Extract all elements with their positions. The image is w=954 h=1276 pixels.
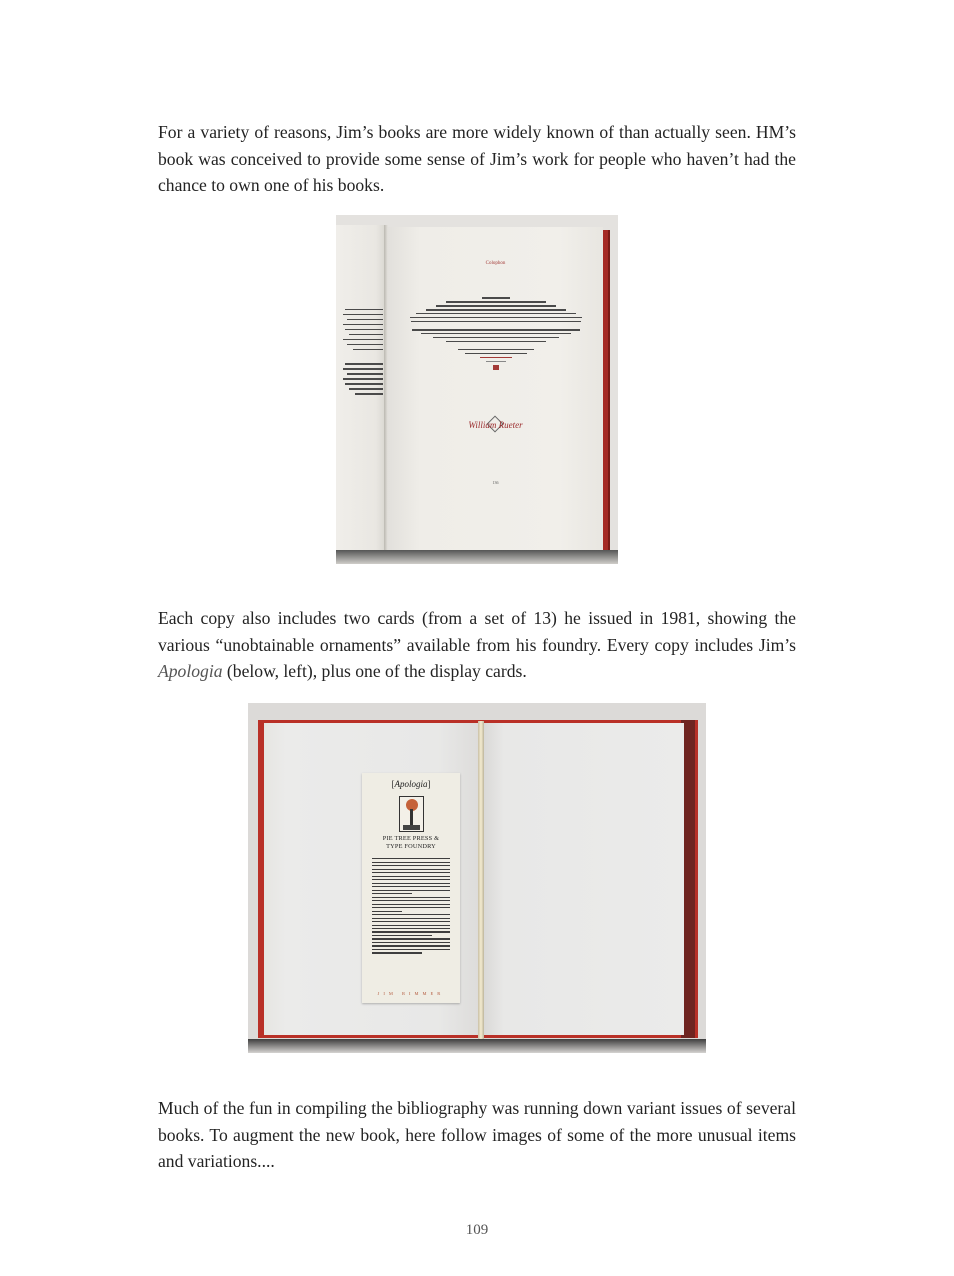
woodcut-illustration-icon [399, 796, 424, 832]
cards-photo: [Apologia] PIE TREE PRESS & TYPE FOUNDRY [248, 703, 706, 1053]
colophon-page-number: 136 [388, 480, 603, 485]
card-signature: JIM RIMMER [362, 991, 460, 996]
left-page: [Apologia] PIE TREE PRESS & TYPE FOUNDRY [264, 723, 482, 1035]
intro-paragraph: For a variety of reasons, Jim’s books ar… [158, 119, 796, 199]
colophon-photo: Colophon 136 William Rueter [336, 215, 618, 564]
apologia-title-italic: Apologia [158, 661, 223, 681]
colophon-signature: William Rueter [388, 420, 603, 430]
left-page-text [338, 305, 383, 398]
colophon-page: Colophon 136 [388, 227, 603, 553]
apologia-title-text: Apologia [395, 779, 428, 789]
cards-text-end: (below, left), plus one of the display c… [223, 661, 527, 681]
cards-paragraph: Each copy also includes two cards (from … [158, 605, 796, 685]
closing-paragraph: Much of the fun in compiling the bibliog… [158, 1095, 796, 1175]
colophon-heading: Colophon [388, 261, 603, 266]
colophon-text [408, 295, 583, 372]
left-page [336, 225, 386, 550]
apologia-card-title: [Apologia] [362, 779, 460, 789]
press-name-line1: PIE TREE PRESS & [362, 835, 460, 843]
cards-text-start: Each copy also includes two cards (from … [158, 608, 796, 655]
press-name-line2: TYPE FOUNDRY [362, 843, 460, 851]
page-number: 109 [0, 1222, 954, 1239]
press-name: PIE TREE PRESS & TYPE FOUNDRY [362, 835, 460, 851]
apologia-card: [Apologia] PIE TREE PRESS & TYPE FOUNDRY [362, 773, 460, 1003]
signature-caption [388, 453, 603, 458]
apologia-body-text [372, 856, 450, 956]
photo-shadow [336, 550, 618, 564]
right-page: PIE TREE PRESS & TYPE FOUNDRY ❦❦❦❦❦❦❦❦❦ … [484, 723, 684, 1035]
photo-shadow [248, 1039, 706, 1053]
